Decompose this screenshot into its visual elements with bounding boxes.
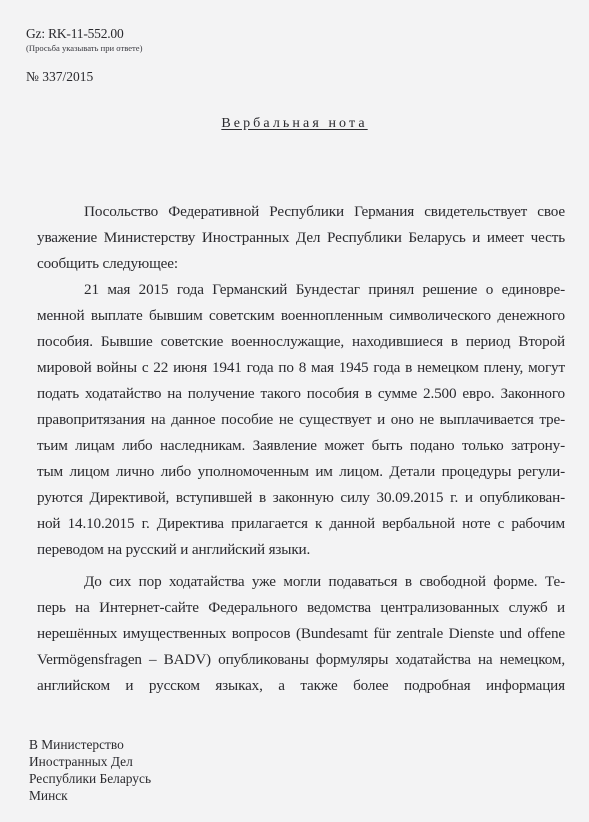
text-line: сообщить следующее: — [37, 251, 565, 277]
paragraph-1: Посольство Федеративной Республики Герма… — [37, 199, 565, 277]
text-line: ной 14.10.2015 г. Директива прилагается … — [37, 511, 565, 537]
text-line: Посольство Федеративной Республики Герма… — [37, 199, 565, 225]
paragraph-3: До сих пор ходатайства уже могли подават… — [37, 569, 565, 699]
address-line: В Министерство — [29, 736, 151, 753]
text-line: перь на Интернет-сайте Федерального ведо… — [37, 595, 565, 621]
reference-note: (Просьба указывать при ответе) — [26, 43, 142, 53]
text-line: тьим лицам либо наследникам. Заявление м… — [37, 433, 565, 459]
paragraph-2: 21 мая 2015 года Германский Бундестаг пр… — [37, 277, 565, 563]
text-line: тым лицом лично либо уполномоченным им л… — [37, 459, 565, 485]
text-line: менной выплате бывшим советским военнопл… — [37, 303, 565, 329]
text-line: мировой войны с 22 июня 1941 года по 8 м… — [37, 355, 565, 381]
text-line: Vermögensfragen – BADV) опубликованы фор… — [37, 647, 565, 673]
document-body: Посольство Федеративной Республики Герма… — [37, 199, 565, 699]
document-title: Вербальная нота — [0, 116, 589, 132]
recipient-address: В Министерство Иностранных Дел Республик… — [29, 736, 151, 804]
text-line: переводом на русский и английский языки. — [37, 537, 565, 563]
address-line: Иностранных Дел — [29, 753, 151, 770]
text-line: руются Директивой, вступившей в законную… — [37, 485, 565, 511]
note-number: № 337/2015 — [26, 69, 93, 85]
text-line: До сих пор ходатайства уже могли подават… — [37, 569, 565, 595]
reference-code: Gz: RK-11-552.00 — [26, 26, 124, 42]
address-line: Минск — [29, 787, 151, 804]
text-line: уважение Министерству Иностранных Дел Ре… — [37, 225, 565, 251]
document-page: Gz: RK-11-552.00 (Просьба указывать при … — [0, 0, 589, 822]
address-line: Республики Беларусь — [29, 770, 151, 787]
text-line: английском и русском языках, а также бол… — [37, 673, 565, 699]
text-line: пособия. Бывшие советские военнослужащие… — [37, 329, 565, 355]
text-line: правопритязания на данное пособие не сущ… — [37, 407, 565, 433]
text-line: подать ходатайство на получение такого п… — [37, 381, 565, 407]
text-line: 21 мая 2015 года Германский Бундестаг пр… — [37, 277, 565, 303]
text-line: нерешённых имущественных вопросов (Bunde… — [37, 621, 565, 647]
